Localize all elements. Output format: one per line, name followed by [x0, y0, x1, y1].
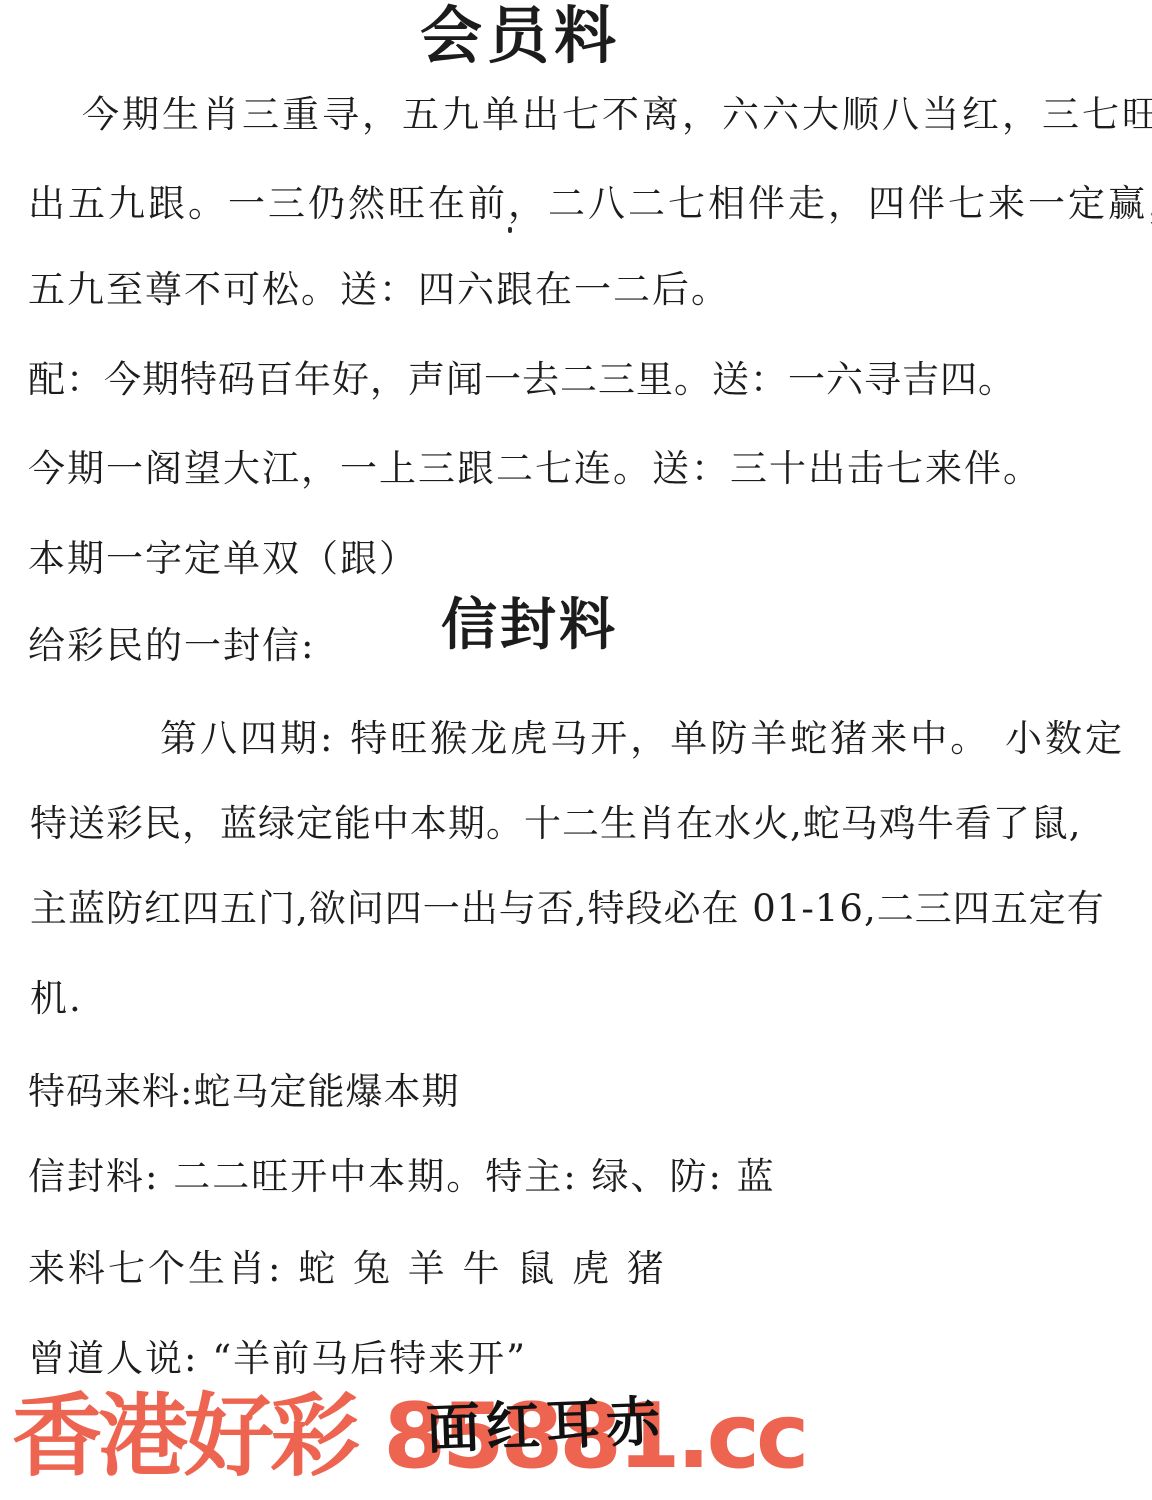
envelope-line-2: 特送彩民，蓝绿定能中本期。十二生肖在水火,蛇马鸡牛看了鼠, — [30, 802, 1082, 846]
tip-line-envelope: 信封料: 二二旺开中本期。特主: 绿、防: 蓝 — [28, 1155, 776, 1199]
member-line-2: 出五九跟。一三仍然旺在前，二八二七相伴走，四伴七来一定赢， — [28, 182, 1152, 226]
tip-line-quote: 曾道人说: “羊前马后特来开” — [28, 1337, 527, 1381]
tip-line-zodiacs: 来料七个生肖: 蛇 兔 羊 牛 鼠 虎 猪 — [28, 1247, 667, 1291]
handwritten-stamp-text: 面红耳赤 — [425, 1392, 667, 1460]
envelope-line-1: 第八四期: 特旺猴龙虎马开，单防羊蛇猪来中。 小数定 — [160, 717, 1125, 761]
member-line-3: 五九至尊不可松。送：四六跟在一二后。 — [28, 268, 730, 312]
envelope-section-title: 信封料 — [441, 592, 618, 659]
page-title: 会员料 — [420, 0, 621, 71]
tip-line-special-code: 特码来料:蛇马定能爆本期 — [28, 1070, 459, 1114]
envelope-line-3: 主蓝防红四五门,欲问四一出与否,特段必在 01-16,二三四五定有 — [30, 887, 1105, 931]
letter-intro-label: 给彩民的一封信: — [28, 624, 315, 668]
member-line-1: 今期生肖三重寻，五九单出七不离，六六大顺八当红，三七旺 — [82, 93, 1152, 137]
ink-speck — [508, 227, 512, 233]
envelope-line-4: 机. — [30, 977, 83, 1021]
member-line-5: 今期一阁望大江，一上三跟二七连。送：三十出击七来伴。 — [28, 447, 1042, 491]
member-line-6: 本期一字定单双（跟） — [28, 537, 418, 581]
site-watermark-text: 香港好彩 85881.cc — [12, 1392, 805, 1482]
scanned-tip-sheet: 会员料 今期生肖三重寻，五九单出七不离，六六大顺八当红，三七旺 出五九跟。一三仍… — [0, 0, 1152, 1500]
member-line-4: 配：今期特码百年好，声闻一去二三里。送：一六寻吉四。 — [28, 358, 1016, 402]
